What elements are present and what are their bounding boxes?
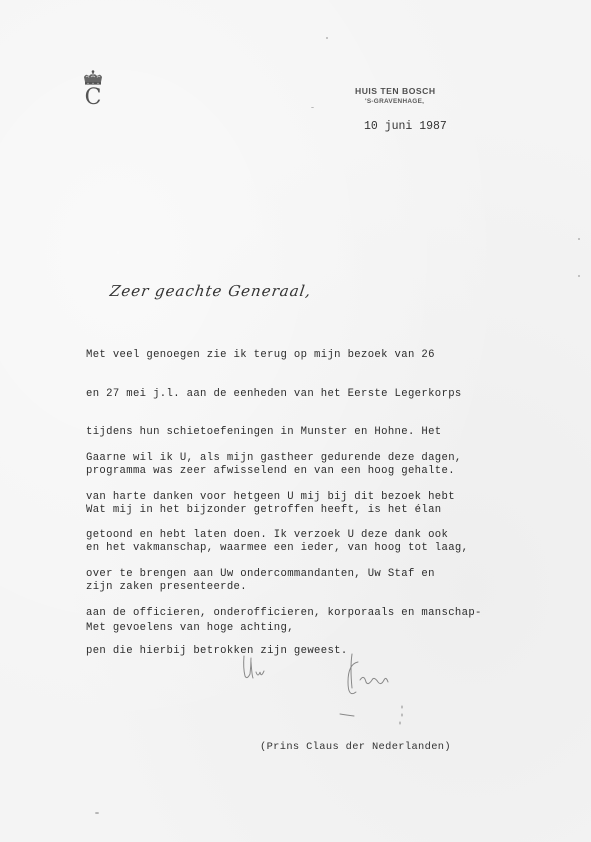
paper-speck	[578, 238, 580, 240]
text-line: over te brengen aan Uw ondercommandanten…	[86, 568, 482, 581]
text-line: van harte danken voor hetgeen U mij bij …	[86, 491, 482, 504]
text-line: en 27 mei j.l. aan de eenheden van het E…	[86, 388, 468, 401]
text-line: Gaarne wil ik U, als mijn gastheer gedur…	[86, 452, 482, 465]
address-line-1: HUIS TEN BOSCH	[355, 86, 436, 96]
handwritten-signature	[240, 648, 430, 728]
paper-speck	[578, 275, 580, 277]
salutation: Zeer geachte Generaal,	[109, 282, 313, 300]
address-line-2: 'S-GRAVENHAGE,	[365, 98, 436, 105]
closing-line: Met gevoelens van hoge achting,	[86, 622, 294, 635]
royal-crest: C	[78, 70, 108, 109]
monogram: C	[78, 87, 108, 109]
text-line: Met veel genoegen zie ik terug op mijn b…	[86, 349, 468, 362]
letterhead-address: HUIS TEN BOSCH 'S-GRAVENHAGE,	[355, 86, 436, 105]
letter-date: 10 juni 1987	[364, 120, 447, 133]
paper-speck	[95, 812, 99, 814]
crown-icon	[82, 70, 104, 86]
letter-page: C HUIS TEN BOSCH 'S-GRAVENHAGE, 10 juni …	[0, 0, 591, 842]
paper-speck	[326, 37, 328, 39]
printed-name: (Prins Claus der Nederlanden)	[260, 741, 451, 753]
paper-speck	[311, 107, 314, 108]
text-line: getoond en hebt laten doen. Ik verzoek U…	[86, 529, 482, 542]
